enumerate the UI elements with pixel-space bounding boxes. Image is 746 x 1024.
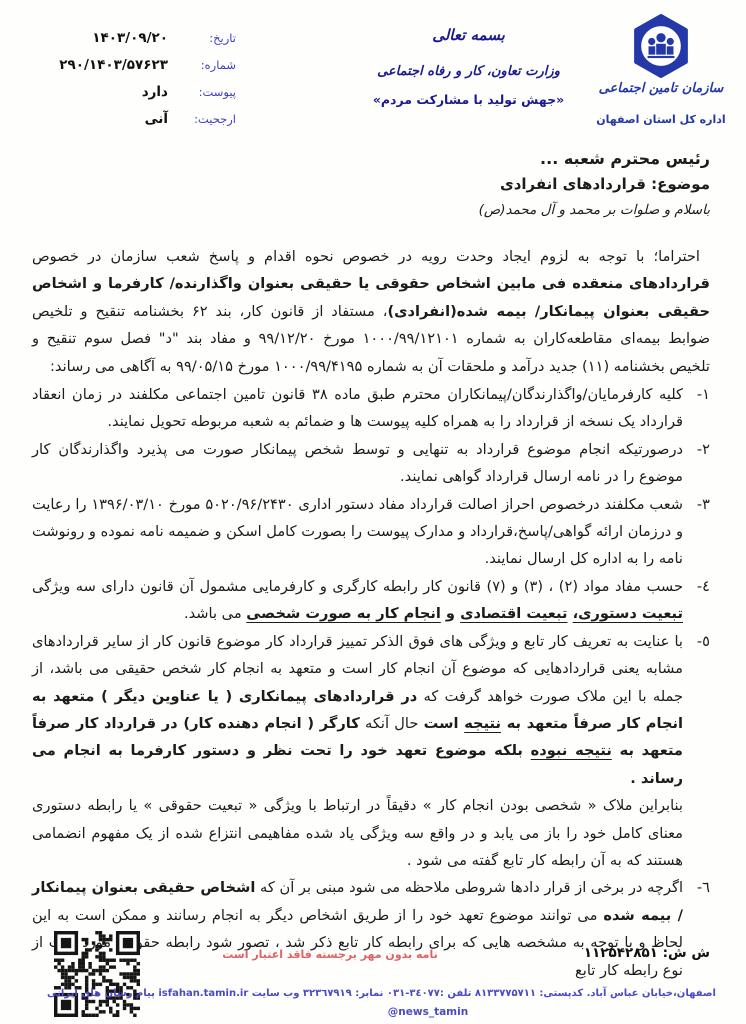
item-5-continuation: بنابراین ملاک « شخصی بودن انجام کار » دق… — [32, 792, 683, 874]
title-block: رئیس محترم شعبه ... موضوع: قراردادهای ان… — [36, 149, 710, 218]
footer-address: اصفهان،خیابان عباس آباد. کدپستی: ۸۱۳۳۷۷۵… — [140, 988, 716, 999]
ministry-name: وزارت تعاون، کار و رفاه اجتماعی — [366, 64, 571, 79]
social-handle: @news_tamin — [140, 1006, 716, 1018]
meta-row-attachment: پیوست: دارد — [34, 84, 236, 111]
list-item-4: ٤- حسب مفاد مواد (۲) ، (۳) و (۷) قانون ک… — [32, 573, 710, 628]
serial-label: ش ش: — [663, 945, 710, 961]
item-number: ۱- — [683, 381, 710, 436]
serial-value: ۱۱۲۵۴۲۸۵۱ — [584, 945, 658, 961]
item-number: ۳- — [683, 491, 710, 573]
item-number: ٥- — [683, 628, 710, 792]
priority-value: آنی — [34, 111, 178, 127]
org-name: سازمان تامین اجتماعی — [590, 81, 732, 96]
item-text: شعب مکلفند درخصوص احراز اصالت قرارداد مف… — [32, 491, 683, 573]
meta-row-priority: ارجحیت: آنی — [34, 111, 236, 138]
salutation-line: باسلام و صلوات بر محمد و آل محمد(ص) — [36, 202, 710, 218]
list-item-2: ۲- درصورتیکه انجام موضوع قرارداد به تنها… — [32, 436, 710, 491]
attachment-value: دارد — [34, 84, 178, 100]
number-value: ۲۹۰/۱۴۰۳/۵۷۶۲۳ — [34, 57, 178, 73]
recipient-line: رئیس محترم شعبه ... — [36, 149, 710, 168]
meta-row-number: شماره: ۲۹۰/۱۴۰۳/۵۷۶۲۳ — [34, 57, 236, 84]
letter-body: احتراما؛ با توجه به لزوم ایجاد وحدت رویه… — [32, 243, 710, 984]
subject-label: موضوع: — [651, 175, 710, 193]
item-number: ٤- — [683, 573, 710, 628]
letter-page: تاریخ: ۱۴۰۳/۰۹/۲۰ شماره: ۲۹۰/۱۴۰۳/۵۷۶۲۳ … — [0, 0, 746, 1024]
item-text: درصورتیکه انجام موضوع قرارداد به تنهایی … — [32, 436, 683, 491]
tamin-logo-icon — [629, 14, 693, 78]
subject-line: موضوع: قراردادهای انفرادی — [36, 175, 710, 193]
org-block: سازمان تامین اجتماعی اداره کل استان اصفه… — [590, 14, 732, 126]
date-label: تاریخ: — [178, 31, 236, 45]
date-value: ۱۴۰۳/۰۹/۲۰ — [34, 30, 178, 46]
intro-paragraph: احتراما؛ با توجه به لزوم ایجاد وحدت رویه… — [32, 243, 710, 380]
besmele-text: بسمه تعالی — [366, 26, 571, 44]
item-number: ۲- — [683, 436, 710, 491]
letter-meta: تاریخ: ۱۴۰۳/۰۹/۲۰ شماره: ۲۹۰/۱۴۰۳/۵۷۶۲۳ … — [34, 30, 236, 138]
header-center: بسمه تعالی وزارت تعاون، کار و رفاه اجتما… — [366, 26, 571, 107]
subject-value: قراردادهای انفرادی — [500, 175, 646, 193]
item-text: با عنایت به تعریف کار تابع و ویژگی های ف… — [32, 628, 683, 792]
item-text: کلیه کارفرمایان/واگذارندگان/پیمانکاران م… — [32, 381, 683, 436]
validity-warning: نامه بدون مهر برجسته فاقد اعتبار است — [205, 948, 455, 961]
list-item-5: ٥- با عنایت به تعریف کار تابع و ویژگی ها… — [32, 628, 710, 792]
item-number: ٦- — [683, 874, 710, 984]
attachment-label: پیوست: — [178, 85, 236, 99]
number-label: شماره: — [178, 58, 236, 72]
org-branch: اداره کل استان اصفهان — [590, 113, 732, 126]
year-slogan: «جهش تولید با مشارکت مردم» — [366, 92, 571, 107]
priority-label: ارجحیت: — [178, 112, 236, 126]
qr-code — [54, 928, 140, 1020]
serial-number: ش ش: ۱۱۲۵۴۲۸۵۱ — [584, 945, 710, 961]
item-text: حسب مفاد مواد (۲) ، (۳) و (۷) قانون کار … — [32, 573, 683, 628]
list-item-3: ۳- شعب مکلفند درخصوص احراز اصالت قرارداد… — [32, 491, 710, 573]
list-item-1: ۱- کلیه کارفرمایان/واگذارندگان/پیمانکارا… — [32, 381, 710, 436]
meta-row-date: تاریخ: ۱۴۰۳/۰۹/۲۰ — [34, 30, 236, 57]
